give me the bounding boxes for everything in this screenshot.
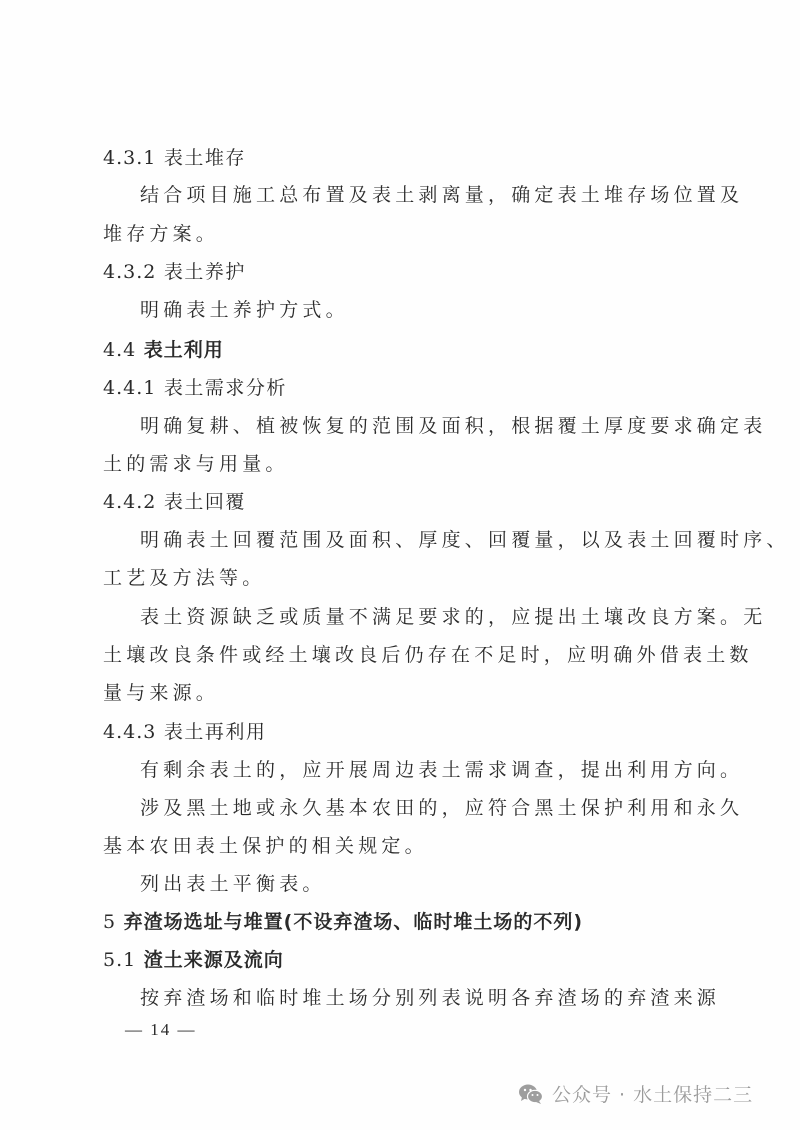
wechat-icon bbox=[518, 1083, 544, 1105]
paragraph-line: 土壤改良条件或经土壤改良后仍存在不足时，应明确外借表土数 bbox=[103, 643, 753, 667]
subheading-4-3-2: 4.3.2 表土养护 bbox=[103, 260, 246, 284]
subheading-4-4-3: 4.4.3 表土再利用 bbox=[103, 720, 266, 744]
subheading-text: 表土再利用 bbox=[164, 721, 267, 743]
document-page: 4.3.1 表土堆存 结合项目施工总布置及表土剥离量，确定表土堆存场位置及 堆存… bbox=[0, 0, 800, 1130]
subheading-text: 表土堆存 bbox=[164, 147, 246, 169]
section-number: 4.3.2 bbox=[103, 261, 156, 283]
section-heading-5-1: 5.1 渣土来源及流向 bbox=[103, 948, 284, 972]
section-number: 4.3.1 bbox=[103, 147, 156, 169]
subheading-text: 表土回覆 bbox=[164, 491, 246, 513]
watermark: 公众号 · 水土保持二三 bbox=[518, 1080, 753, 1107]
paragraph-line: 结合项目施工总布置及表土剥离量，确定表土堆存场位置及 bbox=[140, 183, 743, 207]
paragraph-line: 量与来源。 bbox=[103, 681, 219, 705]
paragraph-line: 按弃渣场和临时堆土场分别列表说明各弃渣场的弃渣来源 bbox=[140, 986, 720, 1010]
section-number: 4.4.3 bbox=[103, 721, 156, 743]
section-heading-text: 表土利用 bbox=[144, 339, 224, 361]
section-heading-text: 弃渣场选址与堆置(不设弃渣场、临时堆土场的不列) bbox=[124, 911, 583, 933]
paragraph-line: 堆存方案。 bbox=[103, 222, 219, 246]
section-heading-4-4: 4.4 表土利用 bbox=[103, 338, 224, 362]
paragraph-line: 列出表土平衡表。 bbox=[140, 872, 326, 896]
paragraph-line: 土的需求与用量。 bbox=[103, 452, 289, 476]
page-number: — 14 — bbox=[125, 1020, 197, 1040]
paragraph-line: 明确复耕、植被恢复的范围及面积，根据覆土厚度要求确定表 bbox=[140, 414, 766, 438]
watermark-text: 公众号 · 水土保持二三 bbox=[552, 1080, 753, 1107]
section-number: 5.1 bbox=[103, 949, 136, 971]
subheading-text: 表土需求分析 bbox=[164, 377, 287, 399]
paragraph-line: 明确表土养护方式。 bbox=[140, 298, 349, 322]
section-heading-text: 渣土来源及流向 bbox=[144, 949, 284, 971]
section-number: 4.4 bbox=[103, 339, 136, 361]
subheading-text: 表土养护 bbox=[164, 261, 246, 283]
paragraph-line: 明确表土回覆范围及面积、厚度、回覆量，以及表土回覆时序、 bbox=[140, 528, 790, 552]
subheading-4-4-2: 4.4.2 表土回覆 bbox=[103, 490, 246, 514]
paragraph-line: 工艺及方法等。 bbox=[103, 566, 265, 590]
section-heading-5: 5 弃渣场选址与堆置(不设弃渣场、临时堆土场的不列) bbox=[103, 910, 583, 934]
paragraph-line: 有剩余表土的，应开展周边表土需求调查，提出利用方向。 bbox=[140, 758, 743, 782]
subheading-4-4-1: 4.4.1 表土需求分析 bbox=[103, 376, 287, 400]
section-number: 4.4.1 bbox=[103, 377, 156, 399]
section-number: 5 bbox=[103, 911, 116, 933]
subheading-4-3-1: 4.3.1 表土堆存 bbox=[103, 146, 246, 170]
paragraph-line: 涉及黑土地或永久基本农田的，应符合黑土保护利用和永久 bbox=[140, 796, 743, 820]
paragraph-line: 表土资源缺乏或质量不满足要求的，应提出土壤改良方案。无 bbox=[140, 605, 766, 629]
section-number: 4.4.2 bbox=[103, 491, 156, 513]
paragraph-line: 基本农田表土保护的相关规定。 bbox=[103, 834, 428, 858]
